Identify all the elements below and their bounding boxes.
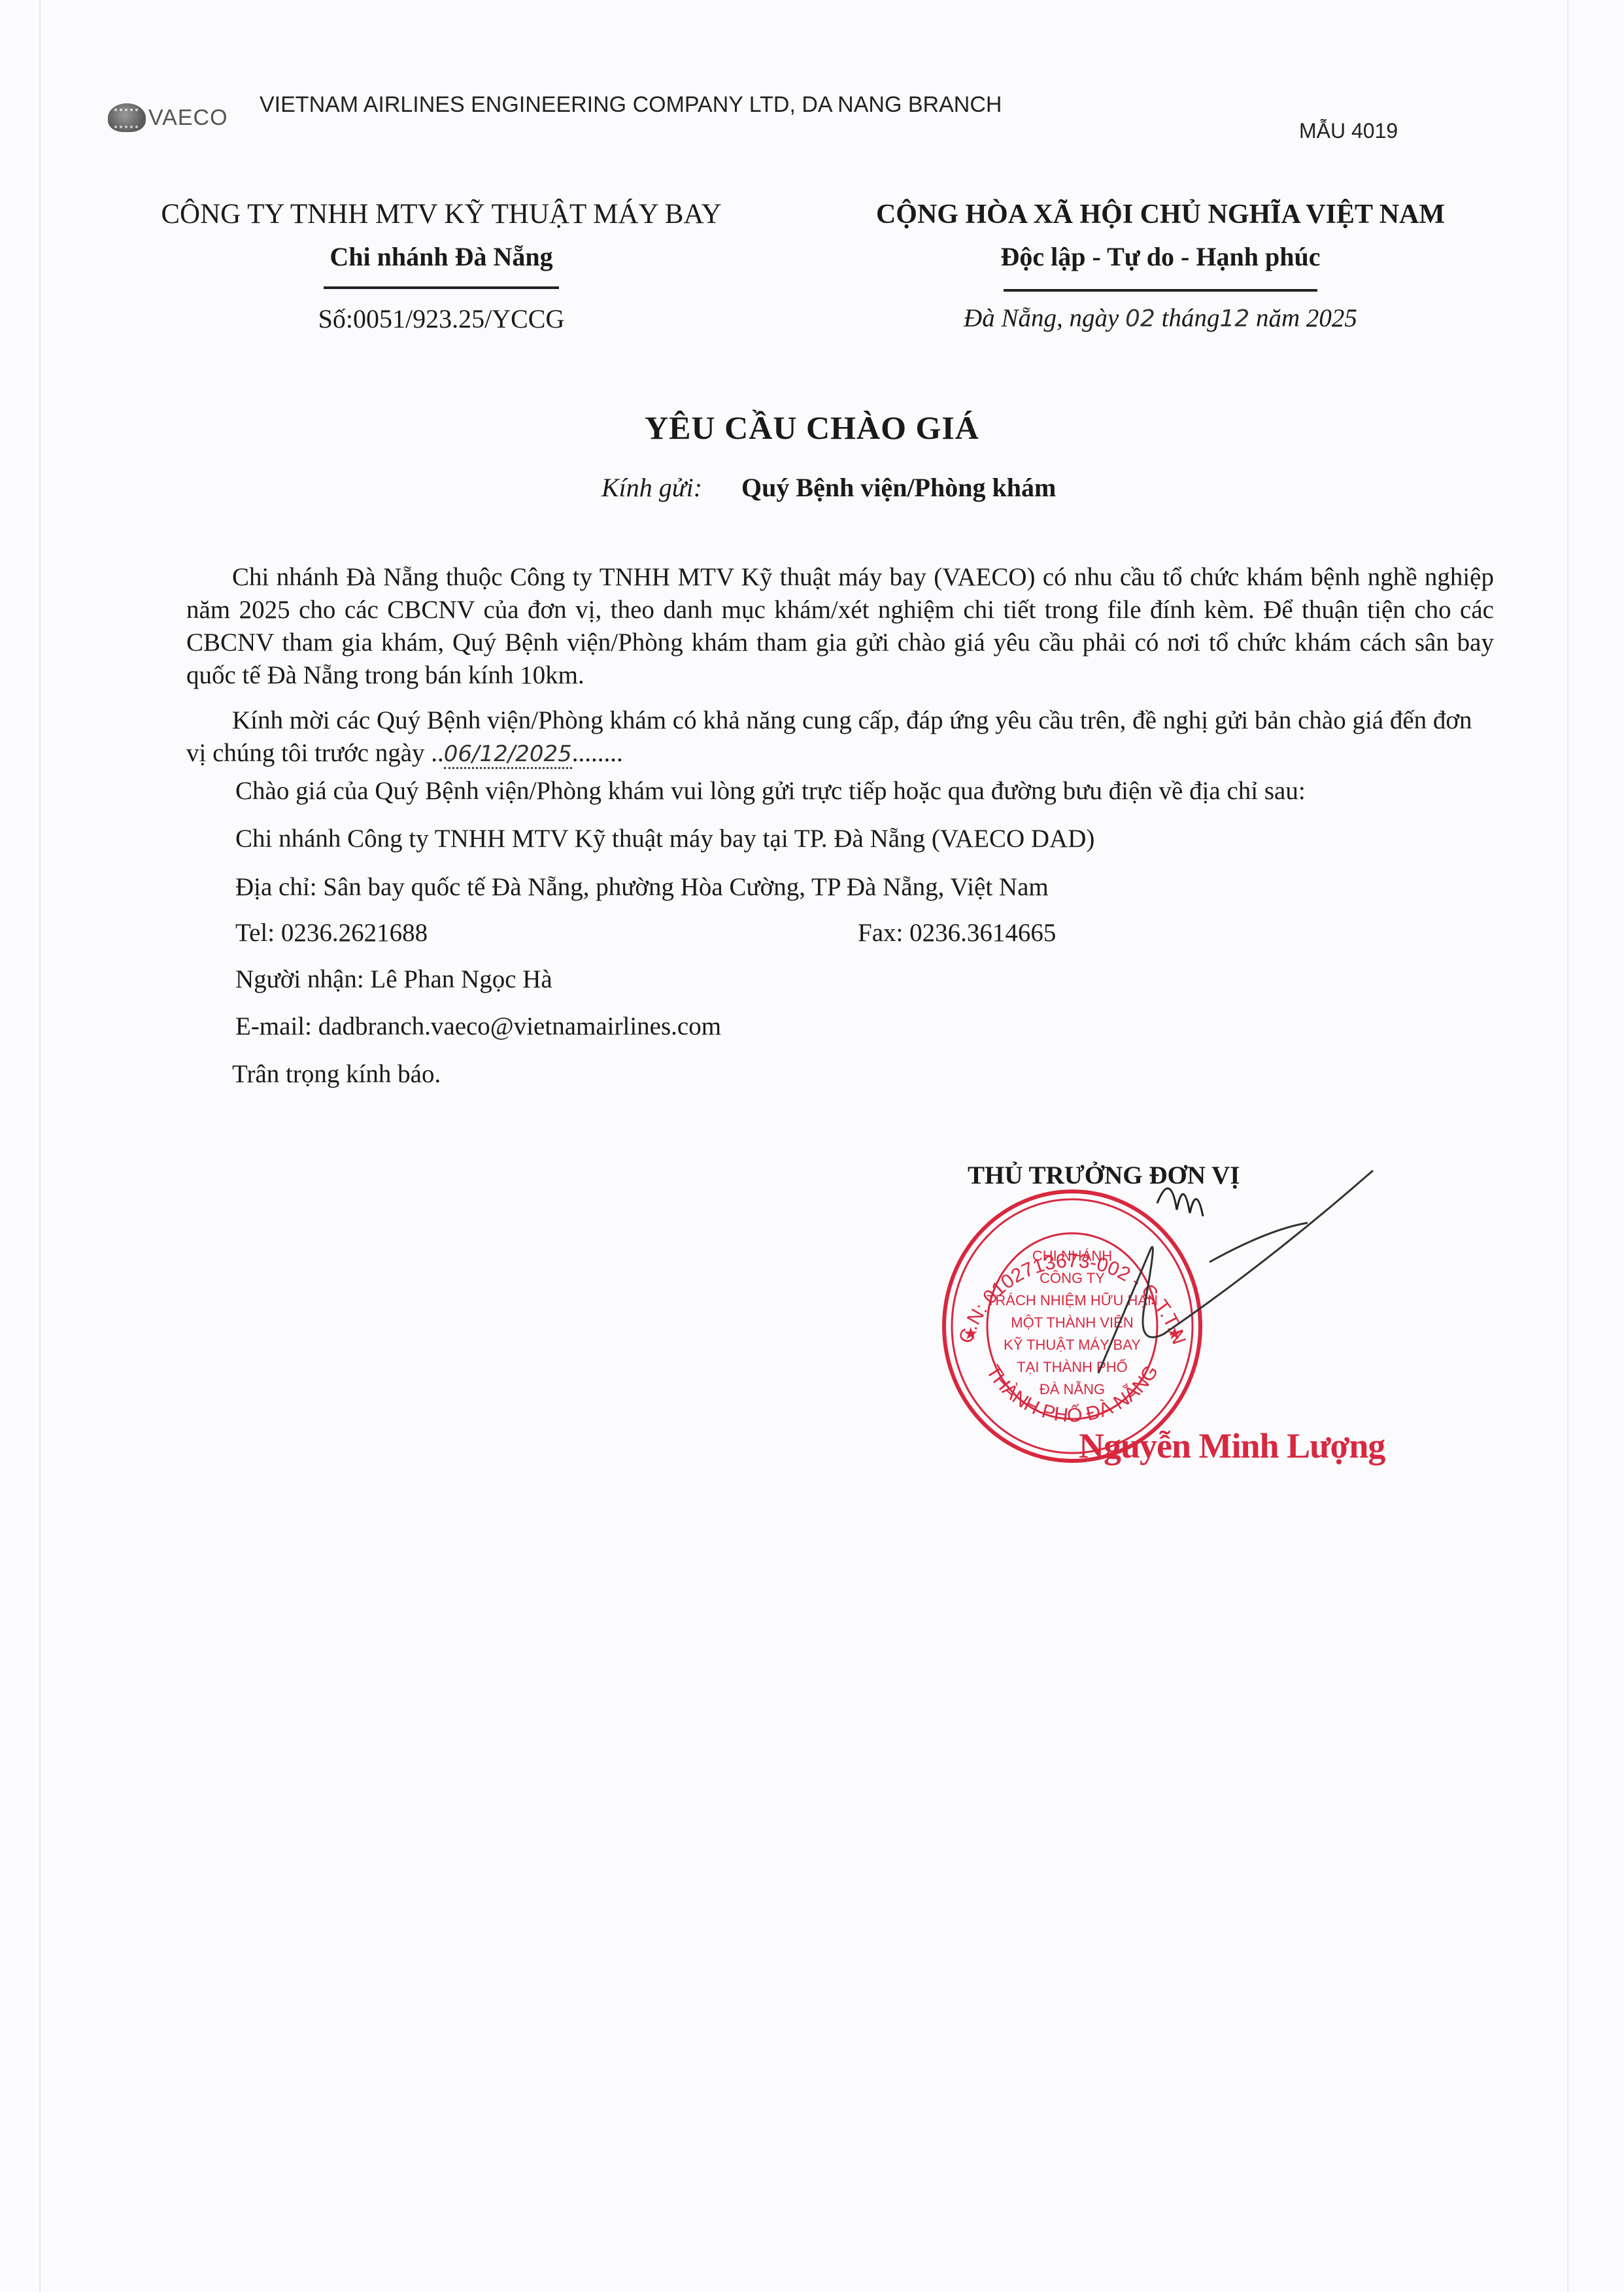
month-label: tháng <box>1162 304 1220 332</box>
letterhead: VAECO VIETNAM AIRLINES ENGINEERING COMPA… <box>108 92 1546 150</box>
country-name: CỘNG HÒA XÃ HỘI CHỦ NGHĨA VIỆT NAM <box>850 196 1471 233</box>
issuer-org-name: CÔNG TY TNHH MTV KỸ THUẬT MÁY BAY <box>131 196 752 233</box>
paragraph-2-suffix: ........ <box>572 739 623 767</box>
contact-receiver: Người nhận: Lê Phan Ngọc Hà <box>235 963 552 996</box>
paragraph-1: Chi nhánh Đà Nẵng thuộc Công ty TNHH MTV… <box>186 561 1494 692</box>
handwritten-deadline: 06/12/2025 <box>444 741 572 769</box>
recipient-label: Kính gửi: <box>601 473 702 502</box>
place-and-date: Đà Nẵng, ngày 02 tháng12 năm 2025 <box>850 303 1471 333</box>
contact-address: Địa chỉ: Sân bay quốc tế Đà Nẵng, phường… <box>235 871 1049 904</box>
contact-fax: Fax: 0236.3614665 <box>858 917 1056 949</box>
form-code: MẪU 4019 <box>1299 119 1398 143</box>
national-motto: Độc lập - Tự do - Hạnh phúc <box>850 241 1471 273</box>
issuer-block: CÔNG TY TNHH MTV KỸ THUẬT MÁY BAY Chi nh… <box>131 196 752 334</box>
globe-logo-icon <box>108 103 146 132</box>
divider <box>1004 289 1317 292</box>
handwritten-month: 12 <box>1219 305 1249 332</box>
contact-email[interactable]: E-mail: dadbranch.vaeco@vietnamairlines.… <box>235 1010 721 1043</box>
star-icon: ★ <box>963 1324 978 1343</box>
year-label: năm 2025 <box>1256 304 1357 332</box>
vaeco-logo: VAECO <box>108 98 228 137</box>
document-title: YÊU CẦU CHÀO GIÁ <box>0 409 1624 447</box>
recipient-name: Quý Bệnh viện/Phòng khám <box>741 473 1056 502</box>
document-number: Số:0051/923.25/YCCG <box>131 303 752 334</box>
national-header: CỘNG HÒA XÃ HỘI CHỦ NGHĨA VIỆT NAM Độc l… <box>850 196 1471 333</box>
scan-edge <box>1567 0 1568 2292</box>
scan-edge <box>39 0 41 2292</box>
paragraph-1-text: Chi nhánh Đà Nẵng thuộc Công ty TNHH MTV… <box>186 561 1494 692</box>
company-name-english: VIETNAM AIRLINES ENGINEERING COMPANY LTD… <box>260 92 1175 118</box>
paragraph-2-text: Kính mời các Quý Bệnh viện/Phòng khám có… <box>186 704 1494 770</box>
contact-branch: Chi nhánh Công ty TNHH MTV Kỹ thuật máy … <box>235 823 1094 855</box>
paragraph-2: Kính mời các Quý Bệnh viện/Phòng khám có… <box>186 704 1494 770</box>
closing-line: Trân trọng kính báo. <box>232 1059 441 1089</box>
logo-text: VAECO <box>148 105 228 131</box>
handwritten-day: 02 <box>1125 305 1155 332</box>
recipient-line: Kính gửi: Quý Bệnh viện/Phòng khám <box>601 472 1056 503</box>
contact-tel: Tel: 0236.2621688 <box>235 919 428 947</box>
issuer-branch-name: Chi nhánh Đà Nẵng <box>131 241 752 273</box>
doc-number-value: 0051/923.25/YCCG <box>353 304 564 334</box>
doc-number-label: Số: <box>318 304 353 334</box>
place-prefix: Đà Nẵng, ngày <box>964 304 1119 332</box>
handwritten-signature <box>1072 1157 1386 1393</box>
contact-phone-fax: Tel: 0236.2621688 Fax: 0236.3614665 <box>235 917 428 949</box>
paragraph-2-prefix: Kính mời các Quý Bệnh viện/Phòng khám có… <box>186 706 1472 767</box>
divider <box>324 286 559 289</box>
paragraph-3: Chào giá của Quý Bệnh viện/Phòng khám vu… <box>235 775 1306 808</box>
